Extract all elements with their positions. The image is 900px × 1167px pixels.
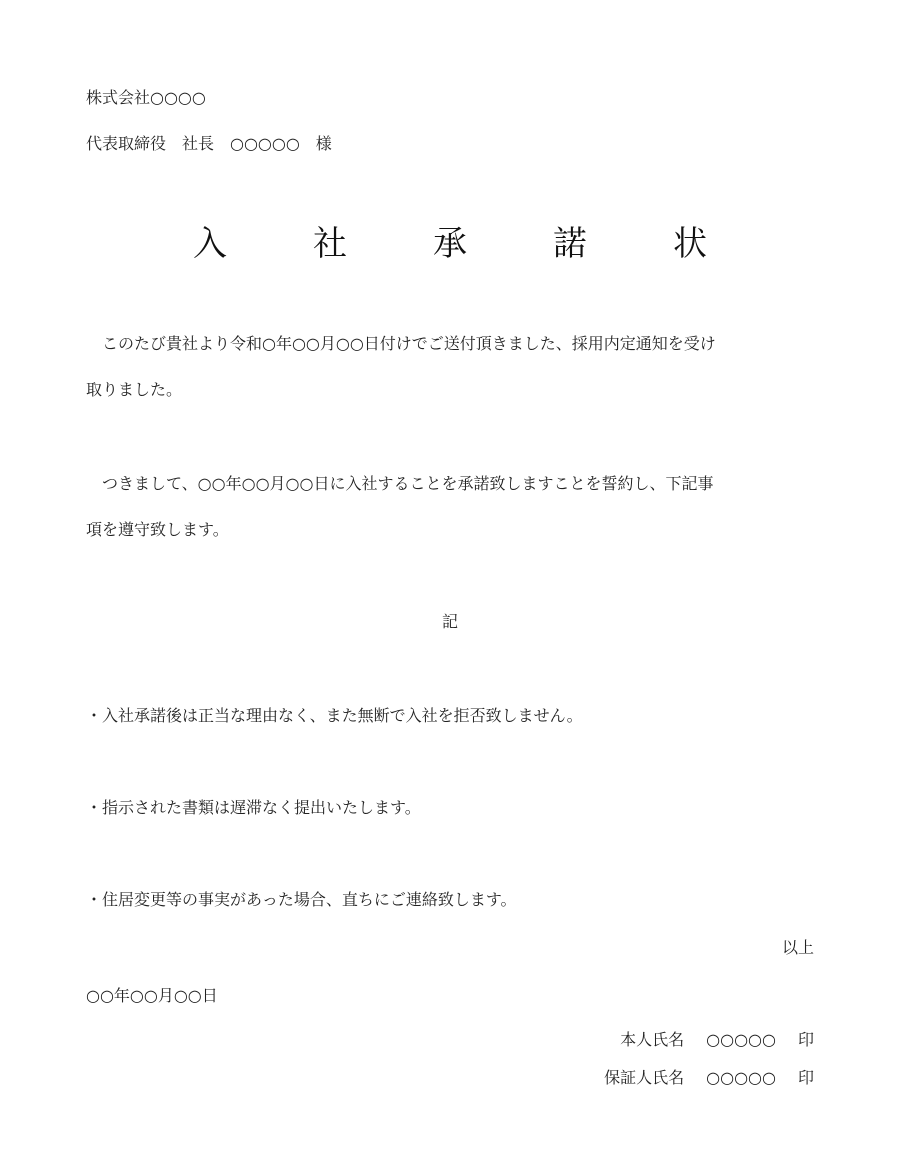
signature-label: 本人氏名 [620, 1030, 684, 1050]
title-char: 状 [668, 222, 712, 266]
item-2: ・指示された書類は遅滞なく提出いたします。 [86, 798, 421, 818]
addressee-company: 株式会社○○○○ [86, 88, 206, 108]
title-char: 諾 [548, 222, 592, 266]
addressee-representative: 代表取締役 社長 ○○○○○ 様 [86, 134, 332, 154]
signature-guarantor: 保証人氏名 ○○○○○ 印 [604, 1068, 814, 1088]
seal-mark: 印 [798, 1068, 814, 1088]
body-paragraph-1-line-1: このたび貴社より令和○年○○月○○日付けでご送付頂きました、採用内定通知を受け [86, 334, 716, 354]
signature-name: ○○○○○ [706, 1030, 776, 1050]
closing-ijou: 以上 [782, 938, 814, 958]
title-char: 入 [188, 222, 232, 266]
item-3: ・住居変更等の事実があった場合、直ちにご連絡致します。 [86, 890, 517, 910]
seal-mark: 印 [798, 1030, 814, 1050]
document-title: 入 社 承 諾 状 [0, 222, 900, 266]
item-1: ・入社承諾後は正当な理由なく、また無断で入社を拒否致しません。 [86, 706, 583, 726]
title-char: 社 [308, 222, 352, 266]
body-paragraph-2-line-2: 項を遵守致します。 [86, 520, 229, 540]
signature-self: 本人氏名 ○○○○○ 印 [620, 1030, 814, 1050]
body-paragraph-1-line-2: 取りました。 [86, 380, 182, 400]
body-paragraph-2-line-1: つきまして、○○年○○月○○日に入社することを承諾致しますことを誓約し、下記事 [86, 474, 713, 494]
title-char: 承 [428, 222, 472, 266]
document-date: ○○年○○月○○日 [86, 986, 218, 1006]
ki-heading: 記 [0, 612, 900, 632]
signature-name: ○○○○○ [706, 1068, 776, 1088]
signature-label: 保証人氏名 [604, 1068, 684, 1088]
